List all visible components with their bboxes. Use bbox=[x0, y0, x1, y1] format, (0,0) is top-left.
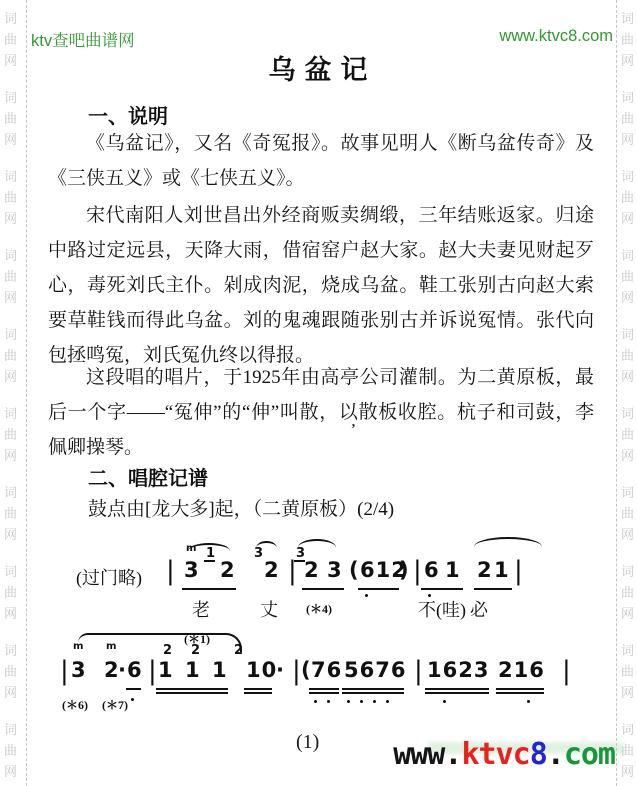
side-watermark-char: 曲 bbox=[621, 266, 634, 285]
side-watermark-char: 曲 bbox=[621, 503, 634, 522]
score-token: 6 bbox=[424, 558, 440, 582]
side-watermark-char: 网 bbox=[621, 208, 634, 227]
side-watermark-char: 词 bbox=[4, 403, 17, 422]
score-token: 216 bbox=[498, 658, 545, 682]
score-token: 1 bbox=[185, 658, 201, 682]
beat-beam bbox=[425, 688, 489, 690]
side-watermark-char: 网 bbox=[4, 761, 17, 780]
beat-beam bbox=[126, 688, 141, 690]
side-watermark-char: 词 bbox=[621, 87, 634, 106]
score-token: | bbox=[148, 656, 157, 686]
score-token: 1 bbox=[158, 658, 174, 682]
octave-dot bbox=[527, 700, 530, 703]
site-watermark-segment: www. bbox=[393, 737, 461, 772]
score-token: | bbox=[514, 556, 523, 586]
score-token: ) bbox=[399, 558, 410, 582]
score-token: 2 bbox=[220, 558, 236, 582]
beat-beam bbox=[342, 688, 404, 690]
side-watermark-char: 曲 bbox=[4, 187, 17, 206]
side-watermark-char: 网 bbox=[621, 366, 634, 385]
score-token: 2 bbox=[477, 558, 493, 582]
side-watermark-char: 网 bbox=[4, 50, 17, 69]
beat-beam bbox=[156, 688, 228, 690]
score-lyric: 不(哇) bbox=[418, 596, 466, 622]
side-watermark-char: 词 bbox=[4, 245, 17, 264]
slur-arc bbox=[474, 537, 542, 552]
score-token: | bbox=[413, 556, 422, 586]
side-watermark-char: 词 bbox=[621, 245, 634, 264]
side-watermark-char: 网 bbox=[4, 287, 17, 306]
octave-dot bbox=[131, 698, 134, 701]
score-token: | bbox=[292, 656, 301, 686]
beat-beam bbox=[496, 688, 544, 690]
score-token: · bbox=[118, 658, 127, 682]
page-title: 乌盆记 bbox=[30, 48, 615, 87]
paragraph-synopsis-titles: 《乌盆记》，又名《奇冤报》。故事见明人《断乌盆传奇》及《三侠五义》或《七侠五义》… bbox=[48, 126, 594, 196]
score-token: ( bbox=[349, 558, 360, 582]
side-watermark-char: 网 bbox=[621, 287, 634, 306]
beat-beam bbox=[294, 560, 305, 562]
side-watermark-char: 词 bbox=[621, 403, 634, 422]
beat-beam bbox=[302, 588, 344, 590]
score-token: | bbox=[166, 556, 175, 586]
octave-dot bbox=[347, 700, 350, 703]
beat-beam bbox=[244, 688, 272, 690]
side-watermark-char: 词 bbox=[4, 87, 17, 106]
score-token: · bbox=[276, 658, 285, 682]
score-token: 3 bbox=[327, 558, 343, 582]
side-watermark-char: 网 bbox=[621, 129, 634, 148]
slur-arc bbox=[256, 541, 277, 552]
octave-dot bbox=[386, 700, 389, 703]
score-token: (过门略) bbox=[76, 564, 142, 590]
score-token: 5676 bbox=[344, 658, 406, 682]
site-watermark-segment: com bbox=[564, 737, 615, 772]
octave-dot bbox=[327, 700, 330, 703]
side-watermark-char: 词 bbox=[4, 324, 17, 343]
octave-dot bbox=[443, 700, 446, 703]
side-watermark-char: 网 bbox=[621, 50, 634, 69]
octave-dot bbox=[373, 700, 376, 703]
slur-arc bbox=[298, 539, 336, 552]
side-watermark-char: 词 bbox=[621, 482, 634, 501]
beat-beam bbox=[309, 688, 339, 690]
side-watermark-char: 网 bbox=[621, 524, 634, 543]
score-token: 1 bbox=[445, 558, 461, 582]
paragraph-recording: 这段唱的唱片，于1925年由高亭公司灌制。为二黄原板，最后一个字——“冤伸”的“… bbox=[48, 360, 594, 465]
score-lyric: 老 bbox=[192, 596, 210, 622]
side-watermark-char: 曲 bbox=[4, 29, 17, 48]
beat-beam bbox=[182, 588, 236, 590]
beat-beam bbox=[474, 588, 512, 590]
side-watermark-char: 曲 bbox=[4, 424, 17, 443]
side-watermark-char: 网 bbox=[4, 129, 17, 148]
side-watermark-char: 网 bbox=[621, 761, 634, 780]
page-number: (1) bbox=[296, 731, 319, 754]
side-watermark-char: 词 bbox=[621, 166, 634, 185]
beat-beam bbox=[204, 560, 215, 562]
score-lyric: 必 bbox=[470, 596, 488, 622]
slur-arc bbox=[78, 633, 242, 652]
site-watermark-segment: . bbox=[547, 737, 564, 772]
site-url-text: www.ktvc8.com bbox=[499, 27, 613, 46]
score-token: 2 bbox=[304, 558, 320, 582]
beat-beam bbox=[358, 588, 399, 590]
octave-dot bbox=[365, 594, 368, 597]
side-watermark-char: 曲 bbox=[621, 187, 634, 206]
octave-dot bbox=[314, 700, 317, 703]
site-watermark-segment: ktvc bbox=[461, 737, 529, 772]
beat-beam bbox=[421, 588, 463, 590]
side-watermark-char: 网 bbox=[4, 445, 17, 464]
score-intro-line: 鼓点由[龙大多]起，（二黄原板）(2/4) bbox=[88, 494, 394, 521]
scanned-score-page: 词曲网词曲网词曲网词曲网词曲网词曲网词曲网词曲网词曲网词曲网 词曲网词曲网词曲网… bbox=[0, 0, 637, 786]
score-token: 1623 bbox=[427, 658, 489, 682]
side-watermark-char: 曲 bbox=[621, 108, 634, 127]
side-watermark-char: 曲 bbox=[621, 424, 634, 443]
side-watermark-char: 曲 bbox=[4, 108, 17, 127]
score-token: | bbox=[60, 656, 69, 686]
side-watermark-char: 词 bbox=[4, 8, 17, 27]
side-watermark-char: 词 bbox=[621, 324, 634, 343]
section-2-heading: 二、唱腔记谱 bbox=[88, 462, 208, 491]
side-watermark-char: 词 bbox=[4, 166, 17, 185]
side-watermark-char: 词 bbox=[4, 482, 17, 501]
score-token: 1 bbox=[494, 558, 510, 582]
score-annotation: (＊4) bbox=[306, 600, 332, 617]
paragraph-story: 宋代南阳人刘世昌出外经商贩卖绸缎，三年结账返家。归途中路过定远县，天降大雨，借宿… bbox=[48, 198, 594, 373]
score-lyric: 丈 bbox=[260, 596, 278, 622]
side-watermark-char: 曲 bbox=[621, 29, 634, 48]
side-watermark-char: 曲 bbox=[4, 503, 17, 522]
octave-dot bbox=[428, 594, 431, 597]
score-token: | bbox=[562, 656, 571, 686]
score-token: 3 bbox=[184, 558, 200, 582]
side-watermark-char: 网 bbox=[4, 208, 17, 227]
side-watermark-char: 词 bbox=[621, 8, 634, 27]
score-token: 2 bbox=[264, 558, 280, 582]
side-watermark-char: 曲 bbox=[4, 345, 17, 364]
score-token: 1 bbox=[212, 658, 228, 682]
score-token: 3 bbox=[71, 658, 87, 682]
side-watermark-char: 网 bbox=[621, 445, 634, 464]
site-watermark-logo: www.ktvc8.com bbox=[393, 737, 615, 772]
score-token: 6 bbox=[127, 658, 143, 682]
score-annotation: (＊7) bbox=[102, 696, 128, 713]
octave-dot bbox=[360, 700, 363, 703]
site-watermark-segment: 8 bbox=[530, 737, 547, 772]
side-watermark-char: 曲 bbox=[621, 345, 634, 364]
score-token: 10 bbox=[246, 658, 277, 682]
side-watermark-char: 网 bbox=[4, 366, 17, 385]
score-token: 76 bbox=[311, 658, 342, 682]
side-watermark-char: 网 bbox=[4, 524, 17, 543]
scan-stray-mark: ’ bbox=[351, 422, 356, 438]
slur-arc bbox=[188, 543, 230, 555]
section-1-heading: 一、说明 bbox=[88, 100, 168, 129]
score-annotation: (＊6) bbox=[62, 696, 88, 713]
side-watermark-char: 曲 bbox=[4, 266, 17, 285]
score-token: | bbox=[414, 656, 423, 686]
